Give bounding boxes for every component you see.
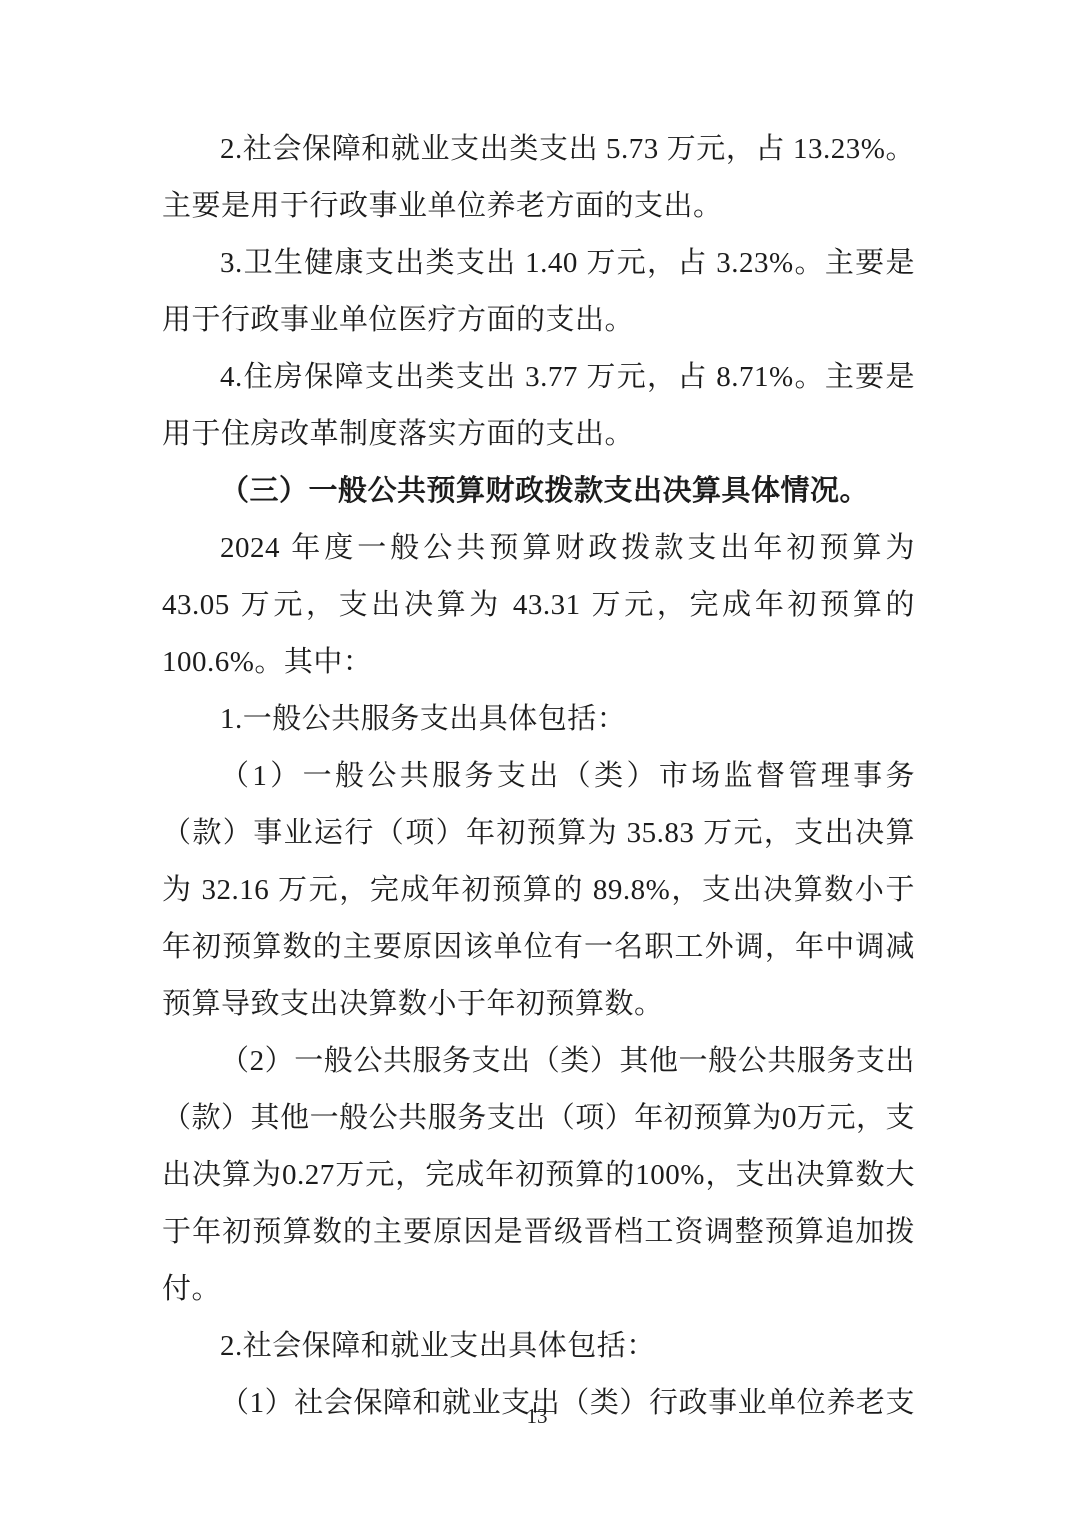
- paragraph-social-security-intro: 2.社会保障和就业支出具体包括：: [162, 1318, 915, 1375]
- paragraph-housing-summary: 4.住房保障支出类支出 3.77 万元，占 8.71%。主要是用于住房改革制度落…: [162, 349, 915, 463]
- paragraph-detail-other-general-services: （2）一般公共服务支出（类）其他一般公共服务支出（款）其他一般公共服务支出（项）…: [162, 1033, 915, 1318]
- paragraph-social-security-summary: 2.社会保障和就业支出类支出 5.73 万元，占 13.23%。主要是用于行政事…: [162, 121, 915, 235]
- page-number: 13: [0, 1402, 1074, 1430]
- paragraph-general-services-intro: 1.一般公共服务支出具体包括：: [162, 691, 915, 748]
- document-body: 2.社会保障和就业支出类支出 5.73 万元，占 13.23%。主要是用于行政事…: [162, 121, 915, 1432]
- section-heading: （三）一般公共预算财政拨款支出决算具体情况。: [162, 463, 915, 520]
- paragraph-detail-market-supervision: （1）一般公共服务支出（类）市场监督管理事务（款）事业运行（项）年初预算为 35…: [162, 748, 915, 1033]
- document-page: 2.社会保障和就业支出类支出 5.73 万元，占 13.23%。主要是用于行政事…: [0, 0, 1074, 1520]
- paragraph-budget-overview: 2024 年度一般公共预算财政拨款支出年初预算为 43.05 万元，支出决算为 …: [162, 520, 915, 691]
- paragraph-health-summary: 3.卫生健康支出类支出 1.40 万元，占 3.23%。主要是用于行政事业单位医…: [162, 235, 915, 349]
